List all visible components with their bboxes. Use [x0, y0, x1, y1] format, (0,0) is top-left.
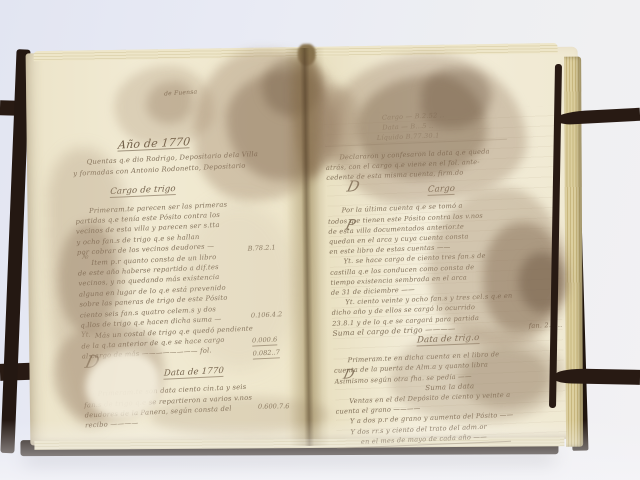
closing-line: en el mes de mayo de cada año ——: [337, 431, 511, 449]
open-manuscript-book: de Fuensa Año de 1770 Quentas q.e dio Ro…: [26, 47, 583, 446]
water-stain: [146, 81, 193, 124]
book-cover-bottom-edge: [20, 438, 558, 456]
right-bottom-tie-ribbon: [556, 368, 640, 385]
pale-patch: [85, 352, 160, 419]
closing-line: Y dos rr.s y ciento del trato del adm.or: [336, 418, 566, 437]
water-stain: [177, 200, 299, 371]
photograph-background: de Fuensa Año de 1770 Quentas q.e dio Ro…: [0, 0, 640, 480]
water-stain: [58, 222, 117, 333]
gutter-shadow: [285, 48, 330, 446]
page-block-bottom-edge: [34, 437, 564, 450]
